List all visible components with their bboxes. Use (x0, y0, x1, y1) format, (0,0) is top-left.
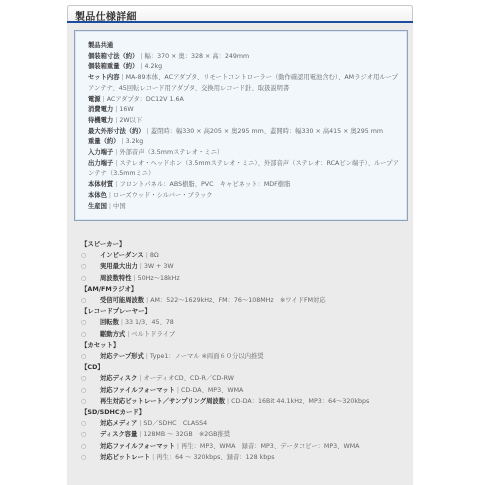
spec-value: ローズウッド・シルバー・ブラック (113, 192, 213, 199)
bullet-icon: ○ (81, 452, 86, 463)
spec-row: 出力端子|ステレオ・ヘッドホン（3.5mmステレオ・ミニ）、外部音声（ステレオ：… (88, 159, 404, 180)
spec-value: 幅：370 × 奥：328 × 高：249mm (145, 53, 250, 60)
spec-value: 2W以下 (119, 117, 142, 124)
spec-row: 重量（約）|3.2kg (88, 137, 404, 148)
spec-key: 重量（約） (88, 138, 119, 145)
item-key: 実用最大出力 (100, 263, 138, 270)
bullet-icon: ○ (81, 429, 86, 440)
spec-key: 消費電力 (88, 106, 113, 113)
bullet-icon: ○ (81, 250, 86, 261)
section-heading: 【CD】 (81, 362, 411, 373)
item-key: 対応メディア (100, 420, 137, 427)
detail-spec-list: 【スピーカー】○インピーダンス|8Ω○実用最大出力|3W + 3W○周波数特性|… (81, 239, 411, 463)
item-key: 対応ビットレート (100, 454, 150, 461)
list-item: ○実用最大出力|3W + 3W (81, 261, 411, 272)
spec-key: 電源 (88, 96, 101, 103)
item-key: 駆動方式 (100, 331, 125, 338)
spec-key: 個装箱寸法（約） (88, 53, 138, 60)
heading-label: 製品共通 (88, 42, 113, 49)
spec-row: 個装箱寸法（約）|幅：370 × 奥：328 × 高：249mm (88, 52, 404, 63)
bullet-icon: ○ (81, 385, 86, 396)
bullet-icon: ○ (81, 295, 86, 306)
bullet-icon: ○ (81, 273, 86, 284)
header-divider (67, 21, 413, 23)
list-item: ○再生対応ビットレート／サンプリング周波数|CD-DA：16Bit 44.1kH… (81, 396, 411, 407)
spec-key: 最大外形寸法（約） (88, 128, 145, 135)
list-item: ○対応ディスク|オーディオCD、CD-R／CD-RW (81, 373, 411, 384)
section-heading: 【AM/FMラジオ】 (81, 284, 411, 295)
item-key: 受信可能周波数 (100, 297, 144, 304)
spec-key: 出力端子 (88, 160, 113, 167)
spec-row: 電源|ACアダプタ：DC12V 1.6A (88, 95, 404, 106)
spec-value: ステレオ・ヘッドホン（3.5mmステレオ・ミニ）、外部音声（ステレオ：RCAピン… (88, 160, 399, 178)
item-value: CD-DA：16Bit 44.1kHz、MP3：64～320kbps (231, 398, 369, 405)
item-value: AM：522～1629kHz、FM：76～108MHz ※ワイドFM対応 (150, 297, 325, 304)
spec-row: 本体色|ローズウッド・シルバー・ブラック (88, 191, 404, 202)
spec-key: 待機電力 (88, 117, 113, 124)
item-value: 3W + 3W (144, 263, 174, 270)
common-spec-heading: 製品共通 (88, 41, 404, 52)
item-key: 対応テープ形式 (100, 353, 144, 360)
item-key: 対応ファイルフォーマット (100, 387, 175, 394)
spec-row: 入力端子|外部音声（3.5mmステレオ・ミニ） (88, 148, 404, 159)
item-value: 128MB ～ 32GB ※2GB推奨 (143, 431, 230, 438)
item-value: CD-DA、MP3、WMA (181, 387, 243, 394)
bullet-icon: ○ (81, 317, 86, 328)
item-value: 再生：MP3、WMA 録音：MP3、データコピー：MP3、WMA (181, 443, 359, 450)
bullet-icon: ○ (81, 373, 86, 384)
spec-key: 個装箱重量（約） (88, 63, 138, 70)
spec-value: MA-89本体、ACアダプタ、リモートコントローラー（動作確認用電池含む）、AM… (88, 74, 398, 92)
section-heading: 【スピーカー】 (81, 239, 411, 250)
spec-row: 待機電力|2W以下 (88, 116, 404, 127)
item-value: 33 1/3、45、78 (125, 319, 174, 326)
list-item: ○周波数特性|50Hz～18kHz (81, 273, 411, 284)
list-item: ○対応テープ形式|Type1：ノーマル ※両面６０分以内推奨 (81, 351, 411, 362)
item-value: SD／SDHC CLASS4 (143, 420, 207, 427)
list-item: ○受信可能周波数|AM：522～1629kHz、FM：76～108MHz ※ワイ… (81, 295, 411, 306)
list-item: ○対応ファイルフォーマット|再生：MP3、WMA 録音：MP3、データコピー：M… (81, 441, 411, 452)
section-heading: 【カセット】 (81, 340, 411, 351)
item-value: ベルトドライブ (131, 331, 175, 338)
spec-value: 3.2kg (126, 138, 144, 145)
spec-row: 本体材質|フロントパネル：ABS樹脂、PVC キャビネット：MDF樹脂 (88, 180, 404, 191)
common-spec-list: 製品共通 個装箱寸法（約）|幅：370 × 奥：328 × 高：249mm個装箱… (88, 41, 404, 212)
item-key: ディスク容量 (100, 431, 137, 438)
section-heading: 【レコードプレーヤー】 (81, 306, 411, 317)
list-item: ○回転数|33 1/3、45、78 (81, 317, 411, 328)
spec-key: 本体材質 (88, 181, 113, 188)
bullet-icon: ○ (81, 441, 86, 452)
spec-value: フロントパネル：ABS樹脂、PVC キャビネット：MDF樹脂 (119, 181, 290, 188)
item-value: 50Hz～18kHz (138, 275, 180, 282)
bullet-icon: ○ (81, 396, 86, 407)
spec-value: 外部音声（3.5mmステレオ・ミニ） (119, 149, 223, 156)
list-item: ○インピーダンス|8Ω (81, 250, 411, 261)
item-value: 8Ω (150, 252, 159, 259)
spec-row: セット内容|MA-89本体、ACアダプタ、リモートコントローラー（動作確認用電池… (88, 73, 404, 94)
item-key: 回転数 (100, 319, 119, 326)
spec-row: 最大外形寸法（約）|蓋閉時：幅330 × 高205 × 奥295 mm、蓋開時：… (88, 127, 404, 138)
list-item: ○対応メディア|SD／SDHC CLASS4 (81, 418, 411, 429)
spec-key: セット内容 (88, 74, 119, 81)
common-spec-box: 製品共通 個装箱寸法（約）|幅：370 × 奥：328 × 高：249mm個装箱… (74, 30, 408, 221)
item-key: 対応ディスク (100, 375, 137, 382)
bullet-icon: ○ (81, 418, 86, 429)
spec-value: 4.2kg (145, 63, 163, 70)
list-item: ○対応ビットレート|再生：64 ～ 320kbps、録音：128 kbps (81, 452, 411, 463)
item-key: 周波数特性 (100, 275, 131, 282)
spec-row: 生産国|中国 (88, 202, 404, 213)
item-key: インピーダンス (100, 252, 144, 259)
spec-panel: 製品仕様詳細 製品共通 個装箱寸法（約）|幅：370 × 奥：328 × 高：2… (67, 5, 413, 480)
spec-value: ACアダプタ：DC12V 1.6A (107, 96, 184, 103)
spec-row: 消費電力|16W (88, 105, 404, 116)
spec-key: 入力端子 (88, 149, 113, 156)
list-item: ○対応ファイルフォーマット|CD-DA、MP3、WMA (81, 385, 411, 396)
bullet-icon: ○ (81, 261, 86, 272)
spec-value: 蓋閉時：幅330 × 高205 × 奥295 mm、蓋開時：幅330 × 高41… (151, 128, 383, 135)
item-value: 再生：64 ～ 320kbps、録音：128 kbps (156, 454, 274, 461)
bullet-icon: ○ (81, 351, 86, 362)
item-key: 再生対応ビットレート／サンプリング周波数 (100, 398, 225, 405)
panel-header: 製品仕様詳細 (67, 5, 413, 21)
item-value: オーディオCD、CD-R／CD-RW (143, 375, 234, 382)
item-key: 対応ファイルフォーマット (100, 443, 175, 450)
spec-key: 生産国 (88, 203, 107, 210)
list-item: ○駆動方式|ベルトドライブ (81, 329, 411, 340)
list-item: ○ディスク容量|128MB ～ 32GB ※2GB推奨 (81, 429, 411, 440)
item-value: Type1：ノーマル ※両面６０分以内推奨 (150, 353, 264, 360)
spec-row: 個装箱重量（約）|4.2kg (88, 62, 404, 73)
spec-key: 本体色 (88, 192, 107, 199)
bullet-icon: ○ (81, 329, 86, 340)
spec-value: 16W (119, 106, 133, 113)
section-heading: 【SD/SDHCカード】 (81, 407, 411, 418)
spec-value: 中国 (113, 203, 126, 210)
